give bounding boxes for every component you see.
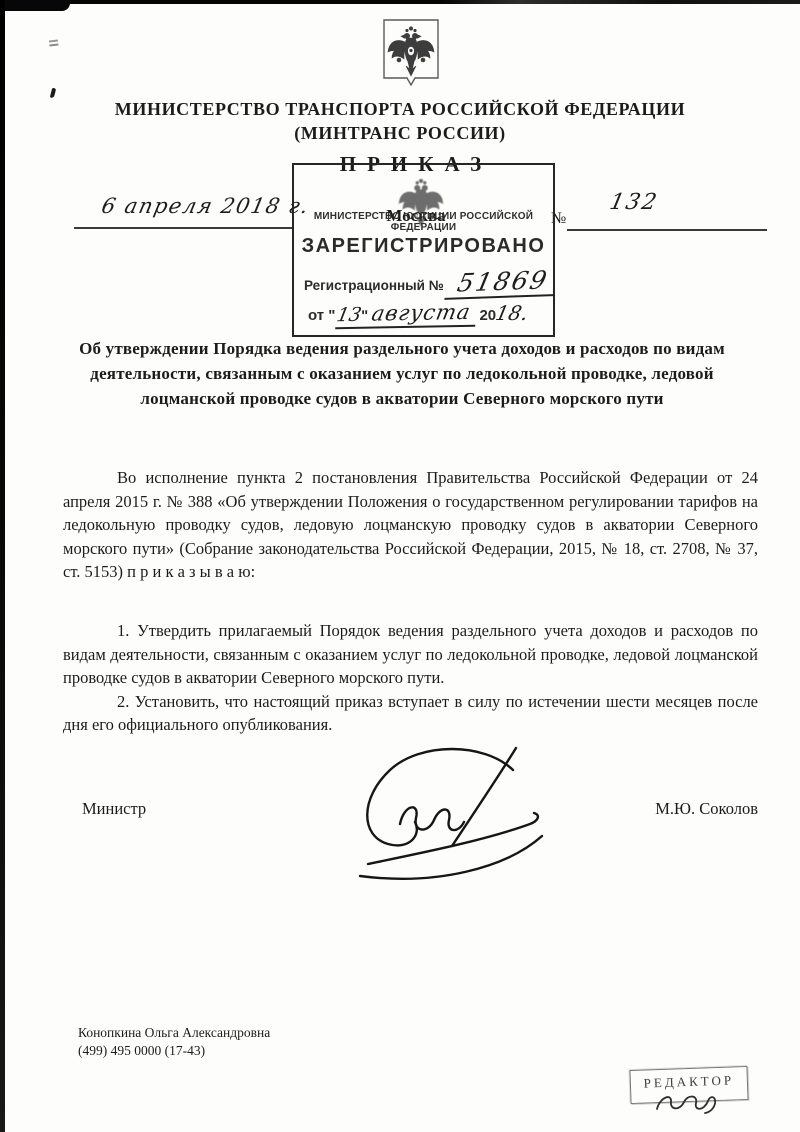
- scan-edge-top: [0, 0, 800, 4]
- justice-registration-stamp: МИНИСТЕРСТВО ЮСТИЦИИ РОССИЙСКОЙ ФЕДЕРАЦИ…: [292, 163, 555, 337]
- editor-initials-scribble-icon: [652, 1087, 726, 1119]
- scan-edge-left: [0, 0, 5, 1132]
- executor-block: Конопкина Ольга Александровна (499) 495 …: [78, 1024, 270, 1060]
- signature-scribble-icon: [316, 740, 568, 892]
- scan-artifact: [50, 88, 56, 99]
- scanned-order-document: МИНИСТЕРСТВО ТРАНСПОРТА РОССИЙСКОЙ ФЕДЕР…: [0, 0, 800, 1132]
- coat-of-arms-icon: [382, 18, 440, 88]
- stamp-date-prefix: от ": [308, 307, 335, 324]
- stamp-reg-number-label: Регистрационный №: [304, 278, 444, 293]
- order-items: 1. Утвердить прилагаемый Порядок ведения…: [63, 619, 758, 737]
- stamp-date-year-handwritten: 18.: [494, 301, 531, 325]
- stamp-date-close-quote: ": [361, 308, 368, 325]
- stamp-reg-number-handwritten: 51869: [444, 265, 559, 300]
- stamp-reg-number-row: Регистрационный №51869: [304, 267, 544, 298]
- scan-artifact: [49, 40, 58, 43]
- order-title: Об утверждении Порядка ведения раздельно…: [60, 336, 744, 411]
- order-item-1: 1. Утвердить прилагаемый Порядок ведения…: [63, 619, 758, 690]
- order-preamble: Во исполнение пункта 2 постановления Пра…: [63, 466, 758, 584]
- signatory-position-title: Министр: [82, 799, 146, 819]
- stamp-date-month-handwritten: августа: [370, 300, 473, 326]
- scan-corner-blob: [0, 0, 70, 11]
- order-number-underline: [567, 229, 767, 231]
- order-item-2: 2. Установить, что настоящий приказ всту…: [63, 690, 758, 737]
- stamp-registered-line: ЗАРЕГИСТРИРОВАНО: [294, 235, 553, 258]
- ministry-short-name: (МИНТРАНС РОССИИ): [0, 123, 800, 144]
- date-underline: [74, 227, 292, 229]
- handwritten-order-number: 132: [607, 190, 660, 215]
- executor-name: Конопкина Ольга Александровна: [78, 1024, 270, 1042]
- handwritten-date: 6 апреля 2018 г.: [99, 194, 311, 218]
- signatory-name: М.Ю. Соколов: [560, 799, 758, 819]
- stamp-date-row: от "13" августа 2018.: [308, 301, 548, 328]
- ministry-name: МИНИСТЕРСТВО ТРАНСПОРТА РОССИЙСКОЙ ФЕДЕР…: [0, 99, 800, 120]
- stamp-authority-line: МИНИСТЕРСТВО ЮСТИЦИИ РОССИЙСКОЙ ФЕДЕРАЦИ…: [294, 211, 553, 233]
- executor-phone: (499) 495 0000 (17-43): [78, 1042, 270, 1060]
- stamp-date-day-handwritten: 13: [335, 304, 363, 327]
